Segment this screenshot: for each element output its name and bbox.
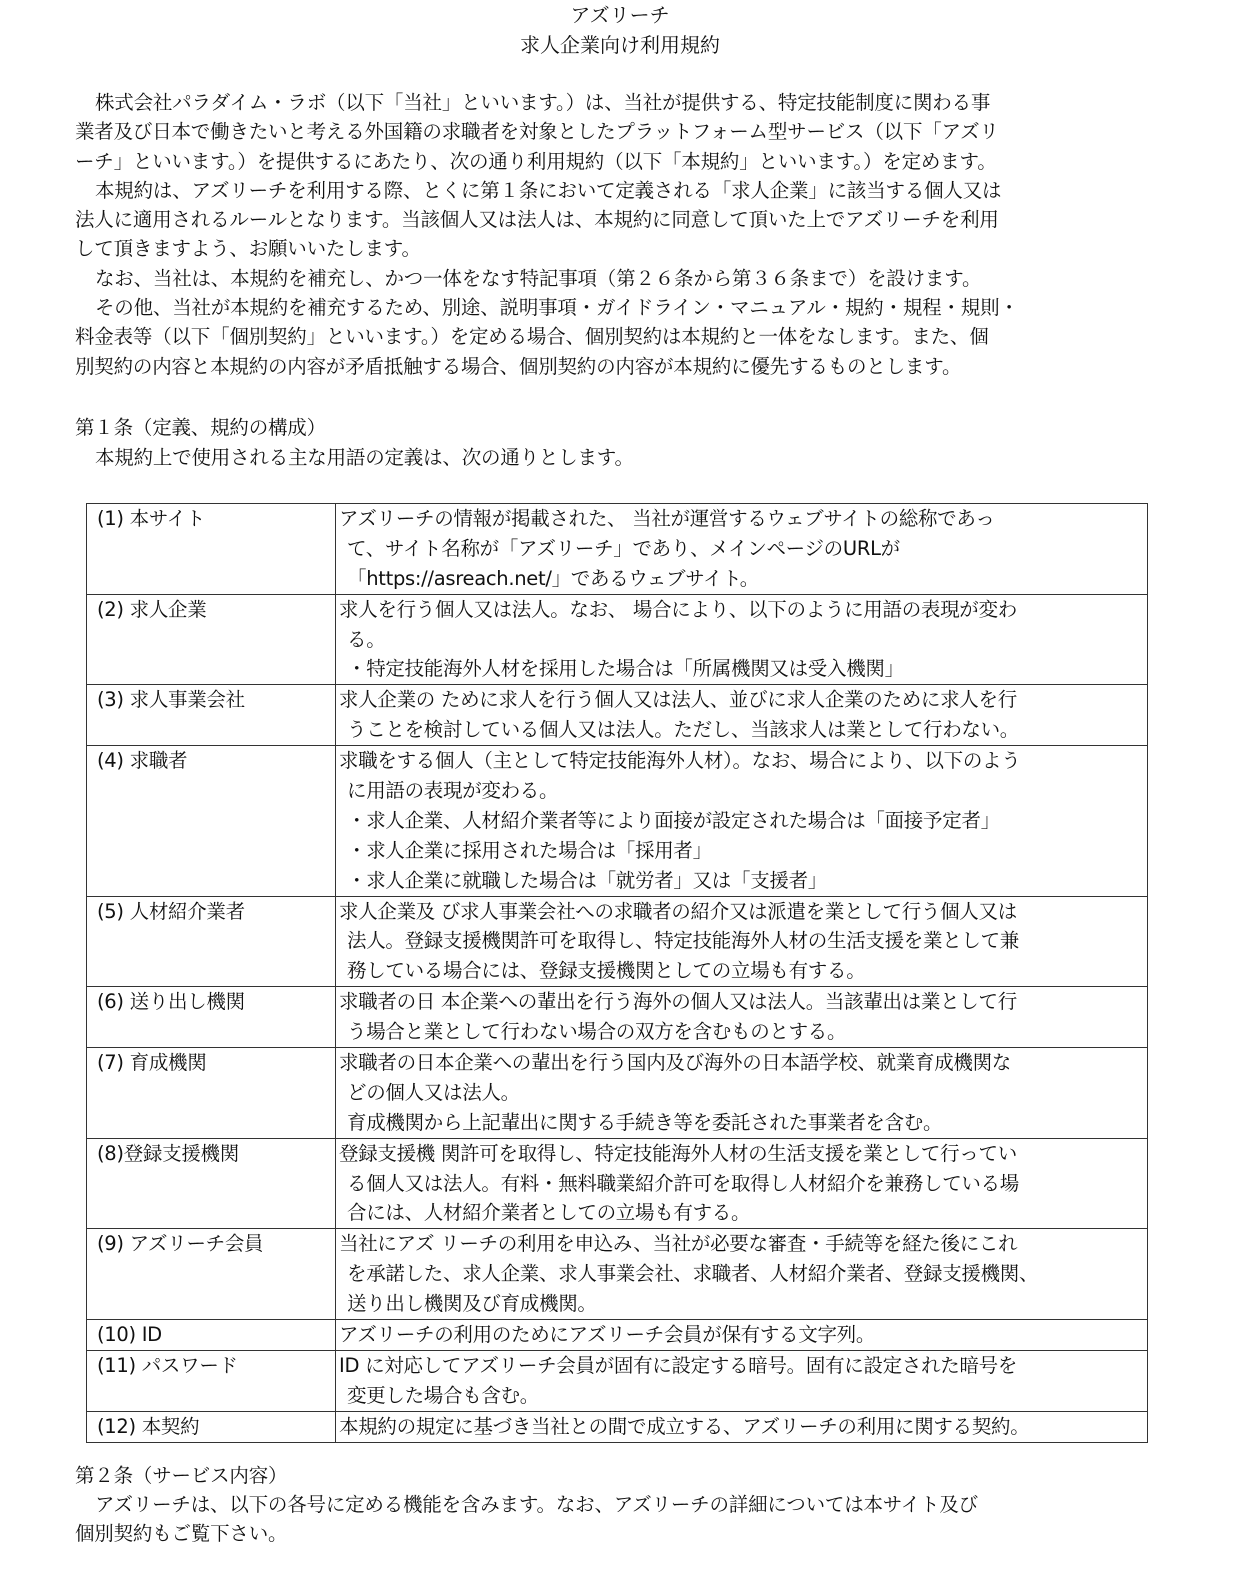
article-1-body-text: 本規約上で使用される主な用語の定義は、次の通りとします。 xyxy=(75,443,1165,472)
intro-line: 料金表等（以下「個別契約」といいます。）を定める場合、個別契約は本規約と一体をな… xyxy=(75,322,1165,351)
definitions-table: (1) 本サイトアズリーチの情報が掲載された、 当社が運営するウェブサイトの総称… xyxy=(86,503,1148,1443)
definition-term-text: (2) 求人企業 xyxy=(97,595,335,625)
definition-row: (12) 本契約本規約の規定に基づき当社との間で成立する、アズリーチの利用に関す… xyxy=(87,1411,1148,1442)
definition-line: ID に対応してアズリーチ会員が固有に設定する暗号。固有に設定された暗号を xyxy=(339,1351,1147,1381)
intro-line: 株式会社パラダイム・ラボ（以下「当社」といいます。）は、当社が提供する、特定技能… xyxy=(75,88,1165,117)
definition-line: う場合と業として行わない場合の双方を含むものとする。 xyxy=(339,1017,1147,1047)
definition-term: (9) アズリーチ会員 xyxy=(87,1229,336,1320)
intro-line: なお、当社は、本規約を補充し、かつ一体をなす特記事項（第２６条から第３６条まで）… xyxy=(75,264,1165,293)
article-2-heading: 第２条（サービス内容） xyxy=(75,1461,1165,1490)
intro-line: 別契約の内容と本規約の内容が矛盾抵触する場合、個別契約の内容が本規約に優先するも… xyxy=(75,352,1165,381)
definition-line: ・求人企業、人材紹介業者等により面接が設定された場合は「面接予定者」 xyxy=(339,806,1147,836)
definition-term: (7) 育成機関 xyxy=(87,1048,336,1139)
definition-description: ID に対応してアズリーチ会員が固有に設定する暗号。固有に設定された暗号を変更し… xyxy=(336,1350,1148,1411)
definition-line: 求人企業の ために求人を行う個人又は法人、並びに求人企業のために求人を行 xyxy=(339,685,1147,715)
definition-description: 求職をする個人（主として特定技能海外人材）。なお、場合により、以下のように用語の… xyxy=(336,746,1148,896)
document-subtitle: 求人企業向け利用規約 xyxy=(0,30,1240,60)
definition-line: 求人企業及 び求人事業会社への求職者の紹介又は派遣を業として行う個人又は xyxy=(339,897,1147,927)
definition-description: 求人を行う個人又は法人。なお、 場合により、以下のように用語の表現が変わる。・特… xyxy=(336,594,1148,685)
definition-line: 務している場合には、登録支援機関としての立場も有する。 xyxy=(339,956,1147,986)
definition-line: 「https://asreach.net/」であるウェブサイト。 xyxy=(339,564,1147,594)
definition-term-text: (7) 育成機関 xyxy=(97,1048,335,1078)
definition-term-text: (6) 送り出し機関 xyxy=(97,987,335,1017)
article-2-body: アズリーチは、以下の各号に定める機能を含みます。なお、アズリーチの詳細については… xyxy=(75,1490,1165,1549)
definition-line: 本規約の規定に基づき当社との間で成立する、アズリーチの利用に関する契約。 xyxy=(339,1412,1147,1442)
definition-line: る。 xyxy=(339,625,1147,655)
definition-line: 求職者の日本企業への輩出を行う国内及び海外の日本語学校、就業育成機関な xyxy=(339,1048,1147,1078)
definition-term-text: (12) 本契約 xyxy=(97,1412,335,1442)
definition-term: (6) 送り出し機関 xyxy=(87,987,336,1048)
article-2-line: アズリーチは、以下の各号に定める機能を含みます。なお、アズリーチの詳細については… xyxy=(75,1490,1165,1519)
definition-line: 変更した場合も含む。 xyxy=(339,1381,1147,1411)
definition-line: ・特定技能海外人材を採用した場合は「所属機関又は受入機関」 xyxy=(339,654,1147,684)
definition-term-text: (5) 人材紹介業者 xyxy=(97,897,335,927)
definition-term: (1) 本サイト xyxy=(87,504,336,595)
definition-row: (7) 育成機関 求職者の日本企業への輩出を行う国内及び海外の日本語学校、就業育… xyxy=(87,1048,1148,1139)
definition-line: 登録支援機 関許可を取得し、特定技能海外人材の生活支援を業として行ってい xyxy=(339,1139,1147,1169)
definition-row: (3) 求人事業会社求人企業の ために求人を行う個人又は法人、並びに求人企業のた… xyxy=(87,685,1148,746)
definition-term-text: (8)登録支援機関 xyxy=(97,1139,335,1169)
definition-row: (4) 求職者求職をする個人（主として特定技能海外人材）。なお、場合により、以下… xyxy=(87,746,1148,896)
definition-row: (9) アズリーチ会員当社にアズ リーチの利用を申込み、当社が必要な審査・手続等… xyxy=(87,1229,1148,1320)
definition-term: (8)登録支援機関 xyxy=(87,1138,336,1229)
intro-line: ーチ」といいます。）を提供するにあたり、次の通り利用規約（以下「本規約」といいま… xyxy=(75,147,1165,176)
definition-row: (5) 人材紹介業者求人企業及 び求人事業会社への求職者の紹介又は派遣を業として… xyxy=(87,896,1148,987)
definition-row: (1) 本サイトアズリーチの情報が掲載された、 当社が運営するウェブサイトの総称… xyxy=(87,504,1148,595)
definition-row: (6) 送り出し機関求職者の日 本企業への輩出を行う海外の個人又は法人。当該輩出… xyxy=(87,987,1148,1048)
definition-line: を承諾した、求人企業、求人事業会社、求職者、人材紹介業者、登録支援機関、 xyxy=(339,1259,1147,1289)
definition-term: (5) 人材紹介業者 xyxy=(87,896,336,987)
document-title: アズリーチ xyxy=(0,0,1240,30)
definition-description: 求職者の日本企業への輩出を行う国内及び海外の日本語学校、就業育成機関などの個人又… xyxy=(336,1048,1148,1139)
definition-description: 求職者の日 本企業への輩出を行う海外の個人又は法人。当該輩出は業として行う場合と… xyxy=(336,987,1148,1048)
definition-description: 本規約の規定に基づき当社との間で成立する、アズリーチの利用に関する契約。 xyxy=(336,1411,1148,1442)
definition-description: 求人企業の ために求人を行う個人又は法人、並びに求人企業のために求人を行うことを… xyxy=(336,685,1148,746)
definition-term: (4) 求職者 xyxy=(87,746,336,896)
definition-line: 送り出し機関及び育成機関。 xyxy=(339,1289,1147,1319)
definition-row: (11) パスワード ID に対応してアズリーチ会員が固有に設定する暗号。固有に… xyxy=(87,1350,1148,1411)
intro-line: して頂きますよう、お願いいたします。 xyxy=(75,234,1165,263)
definition-line: 法人。登録支援機関許可を取得し、特定技能海外人材の生活支援を業として兼 xyxy=(339,926,1147,956)
definition-line: 求職をする個人（主として特定技能海外人材）。なお、場合により、以下のよう xyxy=(339,746,1147,776)
intro-line: その他、当社が本規約を補充するため、別途、説明事項・ガイドライン・マニュアル・規… xyxy=(75,293,1165,322)
definition-line: 当社にアズ リーチの利用を申込み、当社が必要な審査・手続等を経た後にこれ xyxy=(339,1229,1147,1259)
definition-line: どの個人又は法人。 xyxy=(339,1078,1147,1108)
definition-line: ・求人企業に就職した場合は「就労者」又は「支援者」 xyxy=(339,866,1147,896)
definition-line: ・求人企業に採用された場合は「採用者」 xyxy=(339,836,1147,866)
definition-term-text: (9) アズリーチ会員 xyxy=(97,1229,335,1259)
definition-line: て、サイト名称が「アズリーチ」であり、メインページのURLが xyxy=(339,534,1147,564)
definition-line: 育成機関から上記輩出に関する手続き等を委託された事業者を含む。 xyxy=(339,1108,1147,1138)
definition-term-text: (1) 本サイト xyxy=(97,504,335,534)
intro-line: 法人に適用されるルールとなります。当該個人又は法人は、本規約に同意して頂いた上で… xyxy=(75,205,1165,234)
definition-line: アズリーチの利用のためにアズリーチ会員が保有する文字列。 xyxy=(339,1320,1147,1350)
definition-line: 求職者の日 本企業への輩出を行う海外の個人又は法人。当該輩出は業として行 xyxy=(339,987,1147,1017)
definition-term-text: (11) パスワード xyxy=(97,1351,335,1381)
definition-line: アズリーチの情報が掲載された、 当社が運営するウェブサイトの総称であっ xyxy=(339,504,1147,534)
definition-term-text: (10) ID xyxy=(97,1320,335,1350)
definition-description: アズリーチの情報が掲載された、 当社が運営するウェブサイトの総称であって、サイト… xyxy=(336,504,1148,595)
definition-description: 登録支援機 関許可を取得し、特定技能海外人材の生活支援を業として行っている個人又… xyxy=(336,1138,1148,1229)
article-1-heading: 第１条（定義、規約の構成） xyxy=(75,413,1165,442)
definition-line: る個人又は法人。有料・無料職業紹介許可を取得し人材紹介を兼務している場 xyxy=(339,1169,1147,1199)
article-2-heading-text: 第２条（サービス内容） xyxy=(75,1461,1165,1490)
definition-term-text: (3) 求人事業会社 xyxy=(97,685,335,715)
definition-description: 求人企業及 び求人事業会社への求職者の紹介又は派遣を業として行う個人又は法人。登… xyxy=(336,896,1148,987)
definition-description: アズリーチの利用のためにアズリーチ会員が保有する文字列。 xyxy=(336,1320,1148,1351)
definition-term-text: (4) 求職者 xyxy=(97,746,335,776)
intro-line: 業者及び日本で働きたいと考える外国籍の求職者を対象としたプラットフォーム型サービ… xyxy=(75,117,1165,146)
definition-row: (2) 求人企業求人を行う個人又は法人。なお、 場合により、以下のように用語の表… xyxy=(87,594,1148,685)
definition-description: 当社にアズ リーチの利用を申込み、当社が必要な審査・手続等を経た後にこれを承諾し… xyxy=(336,1229,1148,1320)
definition-term: (10) ID xyxy=(87,1320,336,1351)
intro-line: 本規約は、アズリーチを利用する際、とくに第１条において定義される「求人企業」に該… xyxy=(75,176,1165,205)
definition-line: 求人を行う個人又は法人。なお、 場合により、以下のように用語の表現が変わ xyxy=(339,595,1147,625)
definition-row: (10) ID アズリーチの利用のためにアズリーチ会員が保有する文字列。 xyxy=(87,1320,1148,1351)
intro-section: 株式会社パラダイム・ラボ（以下「当社」といいます。）は、当社が提供する、特定技能… xyxy=(75,88,1165,381)
article-1-heading-text: 第１条（定義、規約の構成） xyxy=(75,413,1165,442)
definition-term: (11) パスワード xyxy=(87,1350,336,1411)
definition-line: うことを検討している個人又は法人。ただし、当該求人は業として行わない。 xyxy=(339,715,1147,745)
definition-line: 合には、人材紹介業者としての立場も有する。 xyxy=(339,1198,1147,1228)
definition-row: (8)登録支援機関 登録支援機 関許可を取得し、特定技能海外人材の生活支援を業と… xyxy=(87,1138,1148,1229)
definition-term: (2) 求人企業 xyxy=(87,594,336,685)
definition-line: に用語の表現が変わる。 xyxy=(339,776,1147,806)
article-1-body: 本規約上で使用される主な用語の定義は、次の通りとします。 xyxy=(75,443,1165,472)
article-2-line: 個別契約もご覧下さい。 xyxy=(75,1519,1165,1548)
definition-term: (12) 本契約 xyxy=(87,1411,336,1442)
definition-term: (3) 求人事業会社 xyxy=(87,685,336,746)
